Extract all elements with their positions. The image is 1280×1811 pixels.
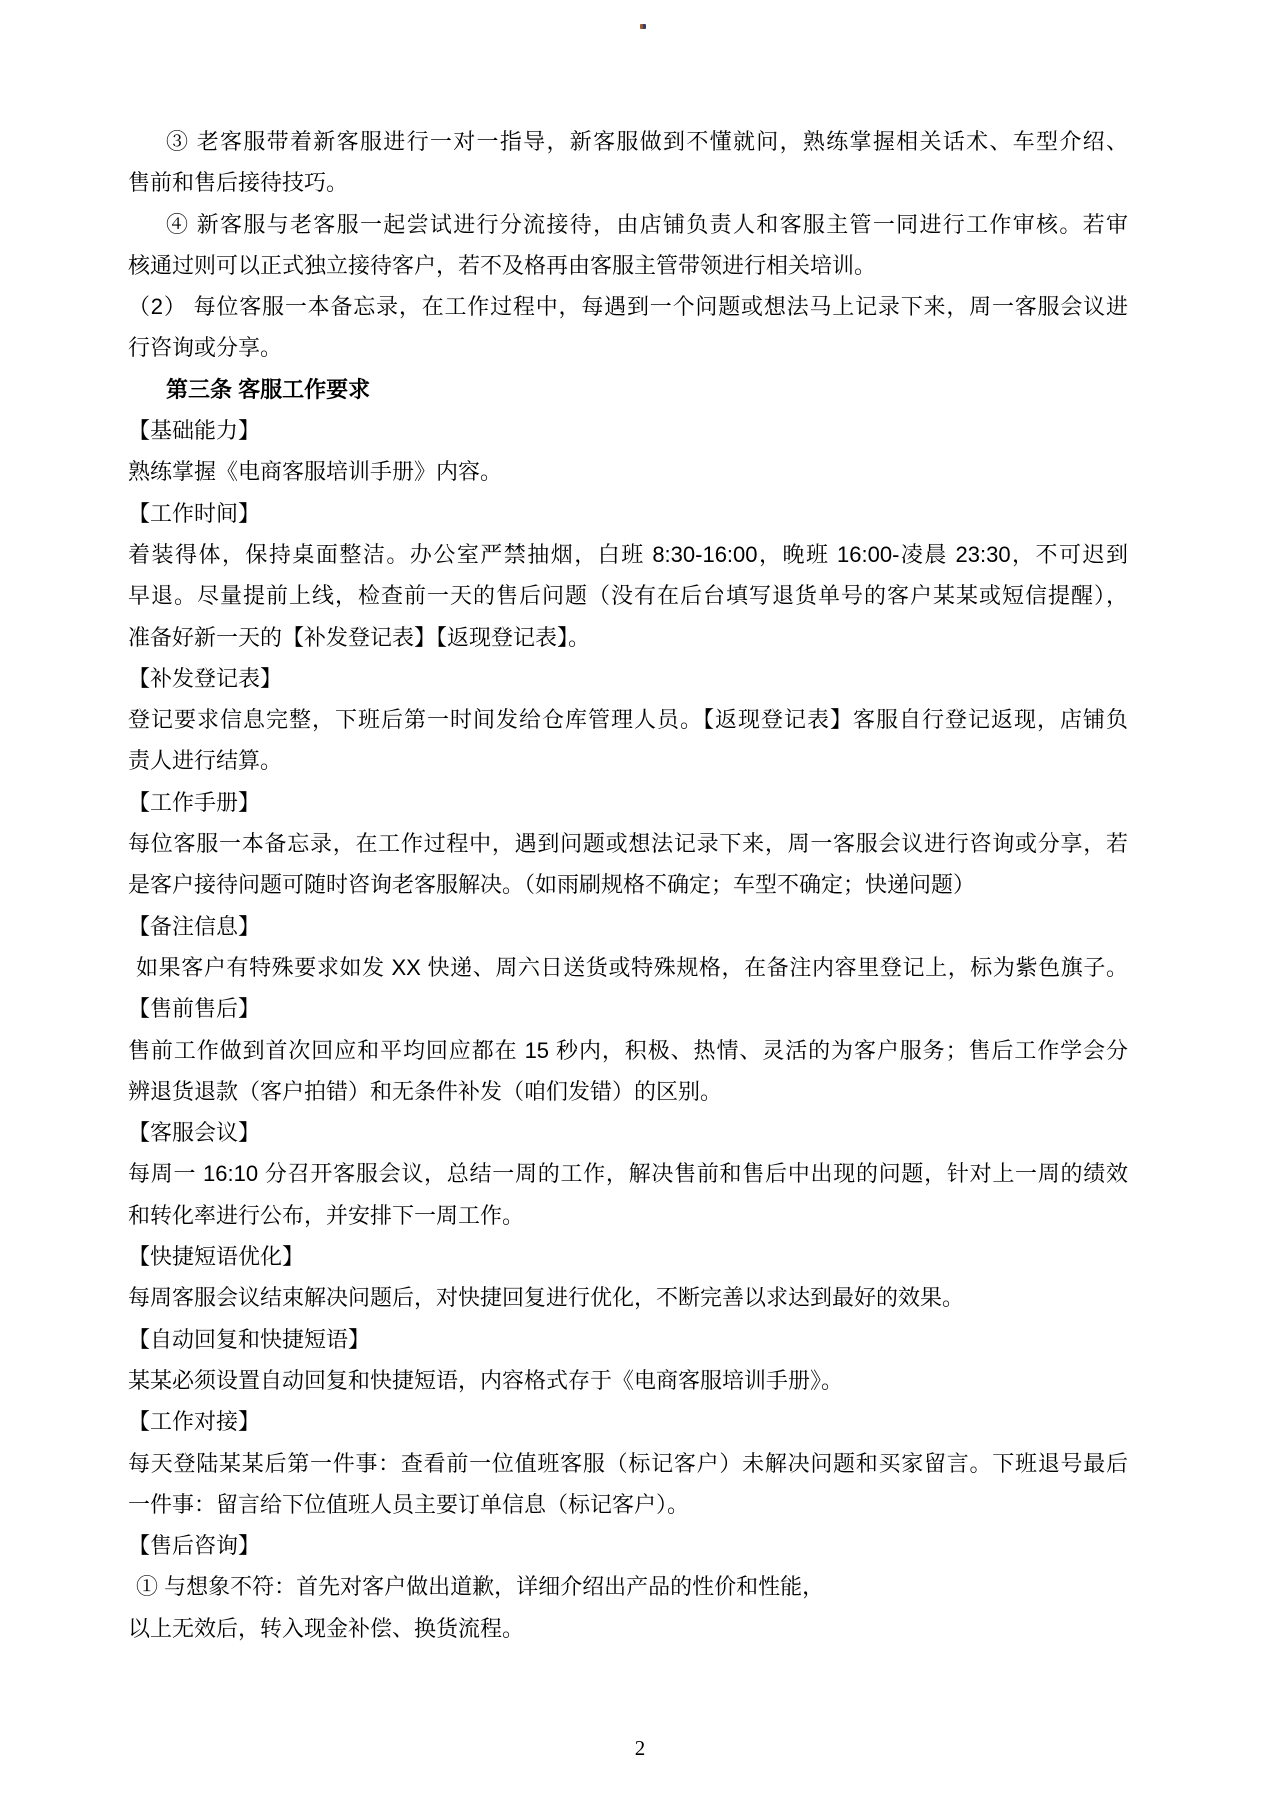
text-line: 如果客户有特殊要求如发 XX 快递、周六日送货或特殊规格，在备注内容里登记上，标…	[128, 947, 1128, 988]
text-line: 【售前售后】	[128, 988, 1128, 1029]
document-body: ③ 老客服带着新客服进行一对一指导，新客服做到不懂就问，熟练掌握相关话术、车型介…	[128, 121, 1128, 1649]
text-line: 核通过则可以正式独立接待客户，若不及格再由客服主管带领进行相关培训。	[128, 245, 1128, 286]
text-line: 早退。尽量提前上线，检查前一天的售后问题（没有在后台填写退货单号的客户某某或短信…	[128, 575, 1128, 616]
text-line: 每周客服会议结束解决问题后，对快捷回复进行优化，不断完善以求达到最好的效果。	[128, 1277, 1128, 1318]
text-line: ④ 新客服与老客服一起尝试进行分流接待，由店铺负责人和客服主管一同进行工作审核。…	[128, 204, 1128, 245]
text-line: 登记要求信息完整，下班后第一时间发给仓库管理人员。【返现登记表】客服自行登记返现…	[128, 699, 1128, 740]
text-line: 某某必须设置自动回复和快捷短语，内容格式存于《电商客服培训手册》。	[128, 1360, 1128, 1401]
text-line: 每天登陆某某后第一件事：查看前一位值班客服（标记客户）未解决问题和买家留言。下班…	[128, 1443, 1128, 1484]
text-line: 【补发登记表】	[128, 658, 1128, 699]
text-line: 【客服会议】	[128, 1112, 1128, 1153]
page-number: 2	[0, 1736, 1280, 1761]
text-line: 责人进行结算。	[128, 740, 1128, 781]
text-line: 【备注信息】	[128, 906, 1128, 947]
text-line: 第三条 客服工作要求	[128, 369, 1128, 410]
document-page: ③ 老客服带着新客服进行一对一指导，新客服做到不懂就问，熟练掌握相关话术、车型介…	[0, 0, 1280, 1811]
text-line: 着装得体，保持桌面整洁。办公室严禁抽烟，白班 8:30-16:00，晚班 16:…	[128, 534, 1128, 575]
text-line: 每周一 16:10 分召开客服会议，总结一周的工作，解决售前和售后中出现的问题，…	[128, 1153, 1128, 1194]
text-line: 售前工作做到首次回应和平均回应都在 15 秒内，积极、热情、灵活的为客户服务；售…	[128, 1030, 1128, 1071]
text-line: 【售后咨询】	[128, 1525, 1128, 1566]
text-line: ③ 老客服带着新客服进行一对一指导，新客服做到不懂就问，熟练掌握相关话术、车型介…	[128, 121, 1128, 162]
text-line: 以上无效后，转入现金补偿、换货流程。	[128, 1608, 1128, 1649]
text-line: 行咨询或分享。	[128, 327, 1128, 368]
top-speck-icon	[640, 24, 646, 29]
text-line: ① 与想象不符：首先对客户做出道歉，详细介绍出产品的性价和性能，	[128, 1566, 1128, 1607]
text-line: 【快捷短语优化】	[128, 1236, 1128, 1277]
text-line: 熟练掌握《电商客服培训手册》内容。	[128, 451, 1128, 492]
text-line: 【工作手册】	[128, 782, 1128, 823]
text-line: 【自动回复和快捷短语】	[128, 1319, 1128, 1360]
text-line: 售前和售后接待技巧。	[128, 162, 1128, 203]
text-line: 每位客服一本备忘录，在工作过程中，遇到问题或想法记录下来，周一客服会议进行咨询或…	[128, 823, 1128, 864]
text-line: 【工作时间】	[128, 493, 1128, 534]
text-line: 辨退货退款（客户拍错）和无条件补发（咱们发错）的区别。	[128, 1071, 1128, 1112]
text-line: 准备好新一天的【补发登记表】【返现登记表】。	[128, 617, 1128, 658]
text-line: 和转化率进行公布，并安排下一周工作。	[128, 1195, 1128, 1236]
text-line: 一件事：留言给下位值班人员主要订单信息（标记客户）。	[128, 1484, 1128, 1525]
text-line: 是客户接待问题可随时咨询老客服解决。（如雨刷规格不确定；车型不确定；快递问题）	[128, 864, 1128, 905]
text-line: 【工作对接】	[128, 1401, 1128, 1442]
text-line: 【基础能力】	[128, 410, 1128, 451]
text-line: （2） 每位客服一本备忘录，在工作过程中，每遇到一个问题或想法马上记录下来，周一…	[128, 286, 1128, 327]
